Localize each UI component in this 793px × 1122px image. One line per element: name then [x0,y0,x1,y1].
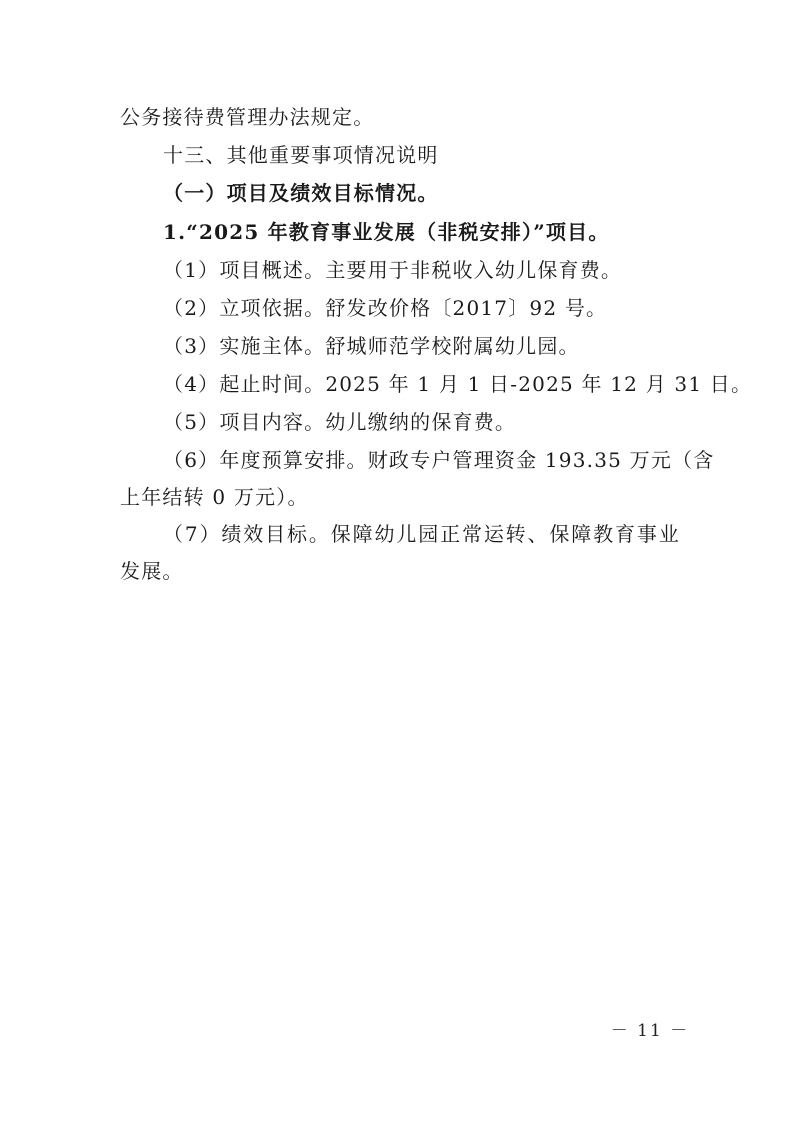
paragraph-continuation: 公务接待费管理办法规定。 [120,104,680,130]
section-heading: 十三、其他重要事项情况说明 [163,142,723,168]
item-implementer: （3）实施主体。舒城师范学校附属幼儿园。 [163,333,723,359]
subsection-heading: （一）项目及绩效目标情况。 [163,180,723,206]
item-budget: （6）年度预算安排。财政专户管理资金 193.35 万元（含 [163,447,680,473]
item-overview: （1）项目概述。主要用于非税收入幼儿保育费。 [163,257,723,283]
item-goal-continuation: 发展。 [120,558,680,584]
item-basis: （2）立项依据。舒发改价格〔2017〕92 号。 [163,295,723,321]
document-page: 公务接待费管理办法规定。 十三、其他重要事项情况说明 （一）项目及绩效目标情况。… [0,0,793,1122]
item-period: （4）起止时间。2025 年 1 月 1 日-2025 年 12 月 31 日。 [163,371,723,397]
item-budget-continuation: 上年结转 0 万元）。 [120,484,680,510]
page-number: － 11 － [600,1016,700,1041]
project-heading: 1.“2025 年教育事业发展（非税安排）”项目。 [163,219,723,245]
item-content: （5）项目内容。幼儿缴纳的保育费。 [163,409,723,435]
item-goal: （7）绩效目标。保障幼儿园正常运转、保障教育事业 [163,521,680,547]
